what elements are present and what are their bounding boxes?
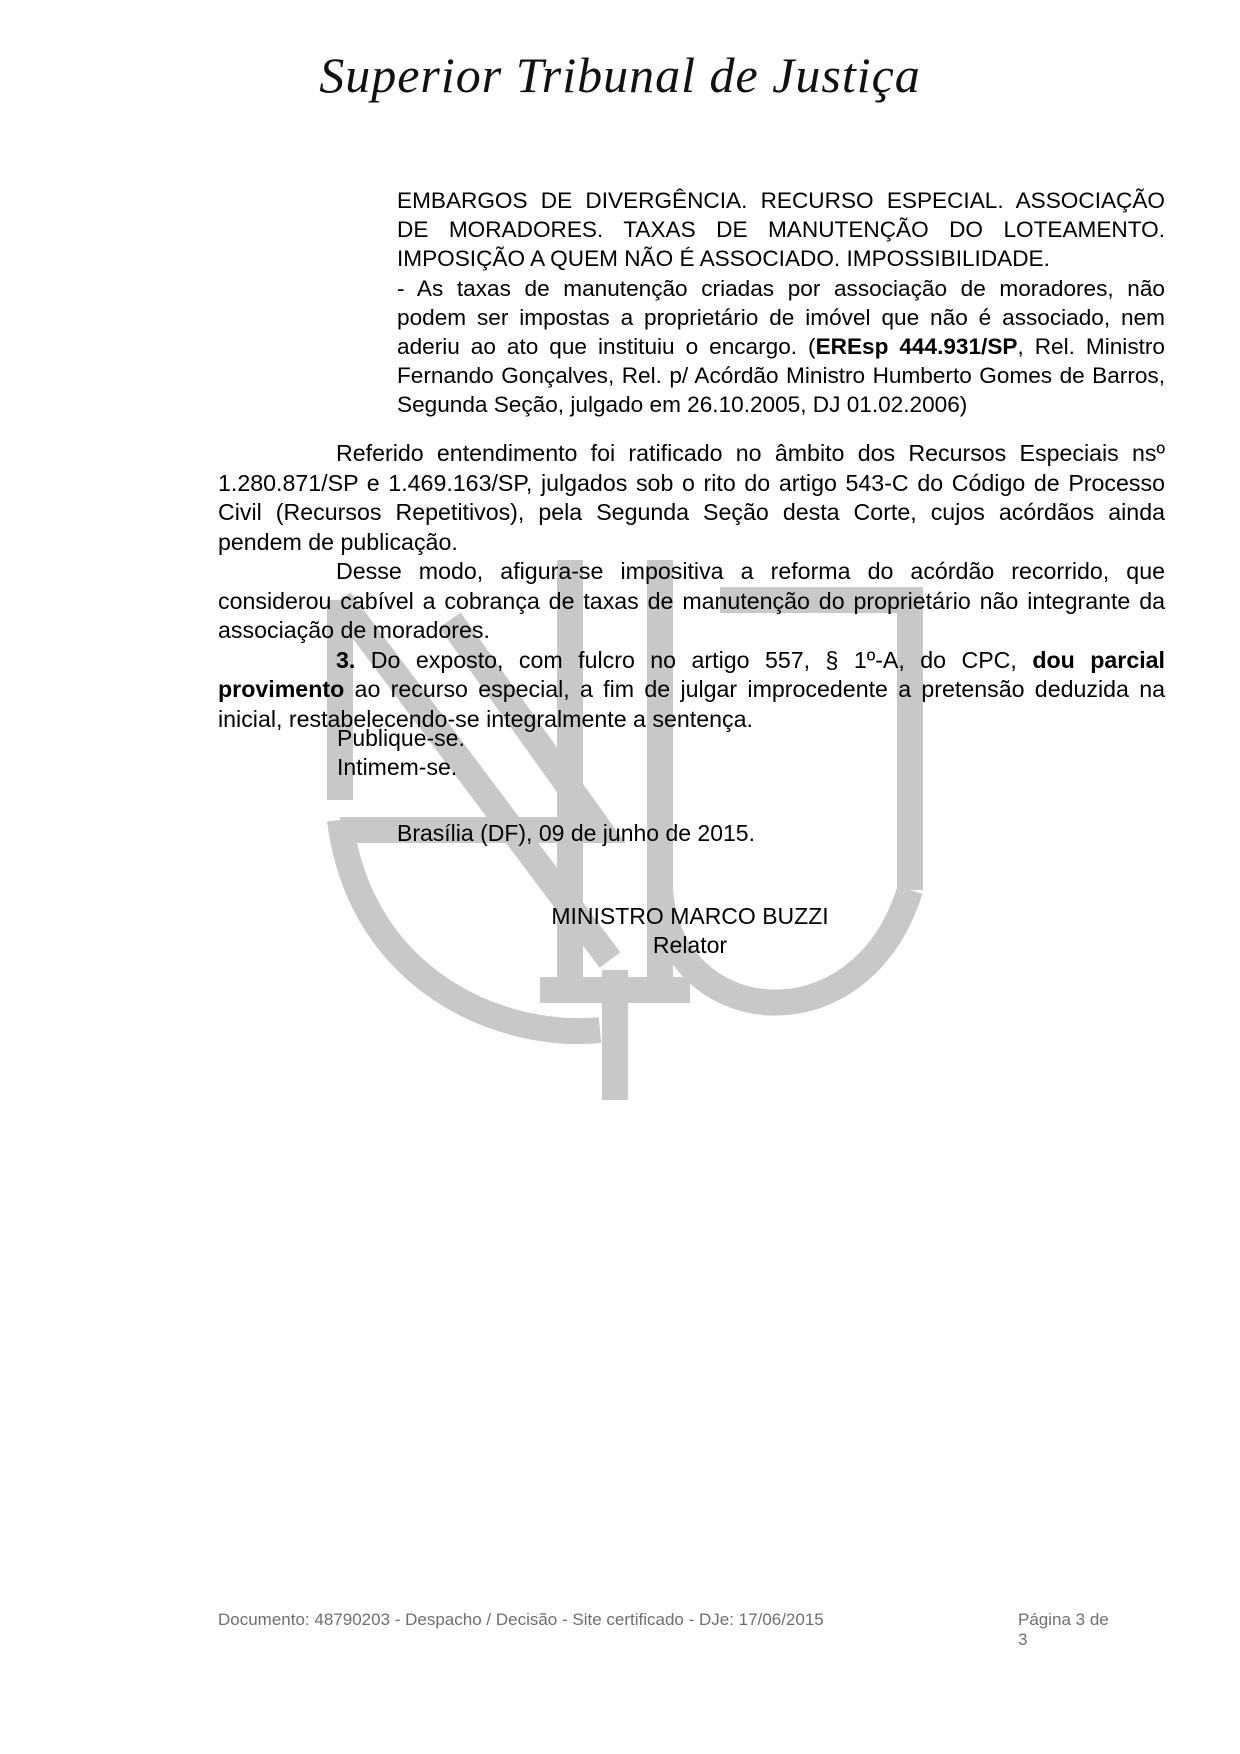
notify-order: Intimem-se.	[337, 753, 465, 782]
closing-orders: Publique-se. Intimem-se.	[337, 724, 465, 782]
ementa-heading: EMBARGOS DE DIVERGÊNCIA. RECURSO ESPECIA…	[397, 186, 1165, 274]
page-number: Página 3 de 3	[1018, 1610, 1118, 1650]
ementa-block: EMBARGOS DE DIVERGÊNCIA. RECURSO ESPECIA…	[397, 186, 1165, 420]
signer-name: MINISTRO MARCO BUZZI	[540, 902, 840, 931]
dispositive-text: Do exposto, com fulcro no artigo 557, § …	[355, 647, 1032, 673]
paragraph-precedent: Referido entendimento foi ratificado no …	[218, 439, 1165, 557]
page-footer: Documento: 48790203 - Despacho / Decisão…	[218, 1610, 1118, 1630]
paragraph-dispositive: 3. Do exposto, com fulcro no artigo 557,…	[218, 646, 1165, 735]
signer-role: Relator	[540, 931, 840, 960]
publish-order: Publique-se.	[337, 724, 465, 753]
item-number: 3.	[336, 647, 355, 673]
ementa-citation: EREsp 444.931/SP	[816, 334, 1018, 359]
paragraph-reform: Desse modo, afigura-se impositiva a refo…	[218, 557, 1165, 646]
ementa-body: - As taxas de manutenção criadas por ass…	[397, 274, 1165, 420]
document-info: Documento: 48790203 - Despacho / Decisão…	[218, 1610, 824, 1629]
decision-date: Brasília (DF), 09 de junho de 2015.	[397, 820, 755, 847]
decision-body: Referido entendimento foi ratificado no …	[218, 439, 1165, 734]
signature-block: MINISTRO MARCO BUZZI Relator	[540, 902, 840, 960]
court-header-title: Superior Tribunal de Justiça	[0, 46, 1240, 104]
